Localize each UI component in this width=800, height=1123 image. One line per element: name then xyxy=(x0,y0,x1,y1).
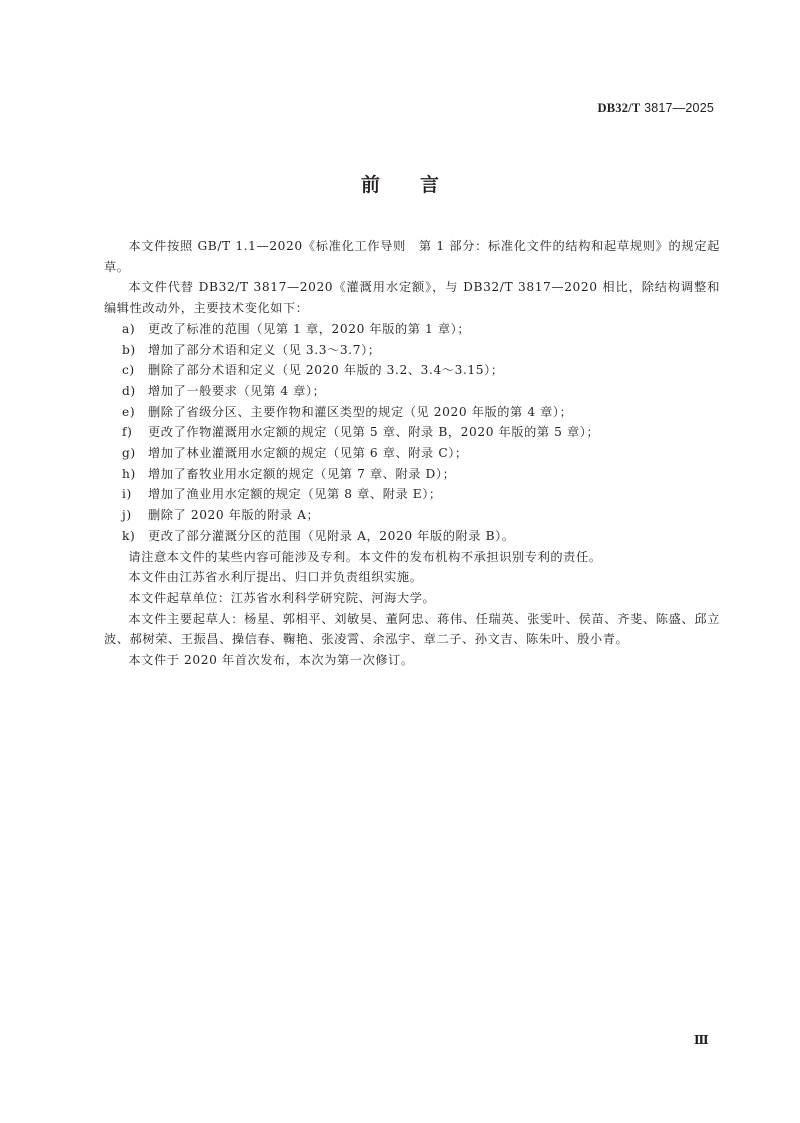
list-item: c)删除了部分术语和定义（见 2020 年版的 3.2、3.4～3.15）； xyxy=(104,360,720,381)
list-item: h)增加了畜牧业用水定额的规定（见第 7 章、附录 D）； xyxy=(104,464,720,485)
document-code-prefix: DB32/T xyxy=(598,101,641,115)
document-code-number: 3817—2025 xyxy=(644,101,714,115)
paragraph-patent-notice: 请注意本文件的某些内容可能涉及专利。本文件的发布机构不承担识别专利的责任。 xyxy=(104,547,720,568)
list-item: a)更改了标准的范围（见第 1 章，2020 年版的第 1 章）； xyxy=(104,319,720,340)
paragraph-proposer: 本文件由江苏省水利厅提出、归口并负责组织实施。 xyxy=(104,567,720,588)
paragraph-revision-history: 本文件于 2020 年首次发布，本次为第一次修订。 xyxy=(104,650,720,671)
foreword-body: 本文件按照 GB/T 1.1—2020《标准化工作导则 第 1 部分：标准化文件… xyxy=(104,236,720,671)
list-item: e)删除了省级分区、主要作物和灌区类型的规定（见 2020 年版的第 4 章）； xyxy=(104,402,720,423)
paragraph-drafting-basis: 本文件按照 GB/T 1.1—2020《标准化工作导则 第 1 部分：标准化文件… xyxy=(104,236,720,277)
list-item: j)删除了 2020 年版的附录 A； xyxy=(104,505,720,526)
list-item: d)增加了一般要求（见第 4 章）； xyxy=(104,381,720,402)
changes-list: a)更改了标准的范围（见第 1 章，2020 年版的第 1 章）； b)增加了部… xyxy=(104,319,720,547)
paragraph-drafting-units: 本文件起草单位：江苏省水利科学研究院、河海大学。 xyxy=(104,588,720,609)
list-item: i)增加了渔业用水定额的规定（见第 8 章、附录 E）； xyxy=(104,484,720,505)
page-title: 前言 xyxy=(0,170,800,197)
list-item: b)增加了部分术语和定义（见 3.3～3.7）； xyxy=(104,340,720,361)
paragraph-drafters: 本文件主要起草人：杨星、郭相平、刘敏昊、董阿忠、蒋伟、任瑞英、张雯叶、侯苗、齐斐… xyxy=(104,609,720,650)
page-number: Ⅲ xyxy=(694,1033,709,1047)
paragraph-replacement: 本文件代替 DB32/T 3817—2020《灌溉用水定额》，与 DB32/T … xyxy=(104,277,720,318)
list-item: k)更改了部分灌溉分区的范围（见附录 A，2020 年版的附录 B）。 xyxy=(104,526,720,547)
document-code: DB32/T 3817—2025 xyxy=(598,101,714,116)
list-item: f)更改了作物灌溉用水定额的规定（见第 5 章、附录 B，2020 年版的第 5… xyxy=(104,422,720,443)
list-item: g)增加了林业灌溉用水定额的规定（见第 6 章、附录 C）； xyxy=(104,443,720,464)
